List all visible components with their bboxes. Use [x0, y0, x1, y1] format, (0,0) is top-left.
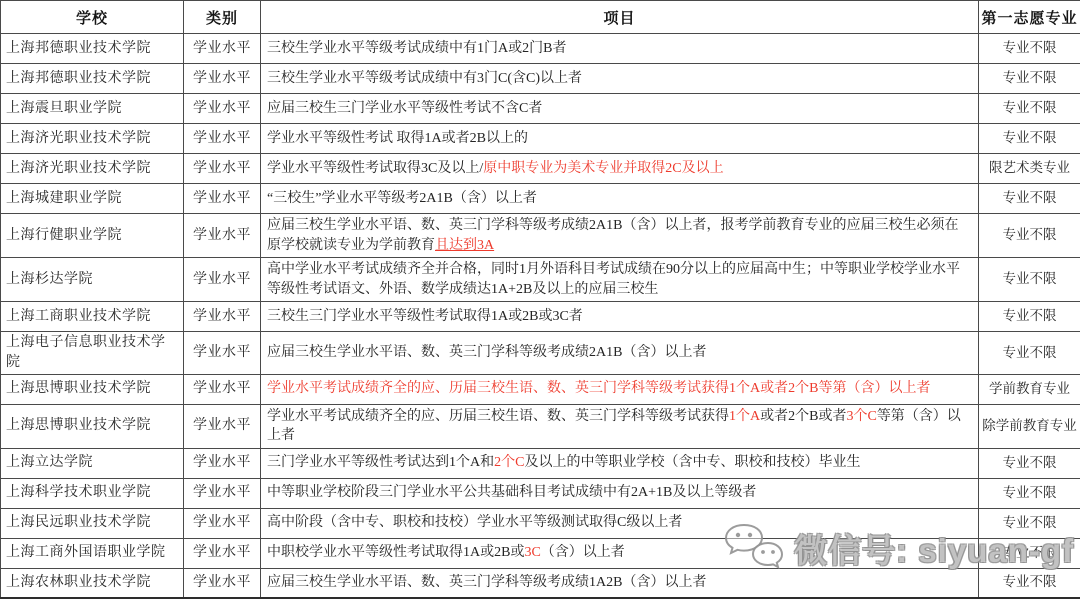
project-text-segment: 高中阶段（含中专、职校和技校）学业水平等级测试取得C级以上者	[267, 515, 682, 530]
col-header-category: 类别	[184, 1, 261, 34]
project-cell: “三校生”学业水平等级考2A1B（含）以上者	[261, 184, 979, 214]
table-row: 上海科学技术职业学院学业水平中等职业学校阶段三门学业水平公共基础科目考试成绩中有…	[1, 478, 1080, 508]
category-cell: 学业水平	[184, 374, 261, 404]
table-row: 上海杉达学院学业水平高中学业水平考试成绩齐全并合格，同时1月外语科目考试成绩在9…	[1, 258, 1080, 302]
category-cell: 学业水平	[184, 184, 261, 214]
category-cell: 学业水平	[184, 448, 261, 478]
project-text-segment: 中等职业学校阶段三门学业水平公共基础科目考试成绩中有2A+1B及以上等级者	[267, 485, 756, 500]
project-text-segment: 学业水平等级性考试 取得1A或者2B以上的	[267, 131, 528, 146]
project-cell: 应届三校生学业水平语、数、英三门学科等级考成绩1A2B（含）以上者	[261, 568, 979, 598]
table-row: 上海民远职业技术学院学业水平高中阶段（含中专、职校和技校）学业水平等级测试取得C…	[1, 508, 1080, 538]
table-row: 上海邦德职业技术学院学业水平三校生学业水平等级考试成绩中有3门C(含C)以上者专…	[1, 64, 1080, 94]
project-cell: 高中学业水平考试成绩齐全并合格，同时1月外语科目考试成绩在90分以上的应届高中生…	[261, 258, 979, 302]
school-cell: 上海工商职业技术学院	[1, 302, 184, 332]
school-cell: 上海立达学院	[1, 448, 184, 478]
category-cell: 学业水平	[184, 302, 261, 332]
table-row: 上海济光职业技术学院学业水平学业水平等级性考试取得3C及以上/原中职专业为美术专…	[1, 154, 1080, 184]
major-cell: 专业不限	[979, 34, 1080, 64]
school-cell: 上海电子信息职业技术学院	[1, 332, 184, 374]
project-text-segment: 三校生三门学业水平等级性考试取得1A或2B或3C者	[267, 309, 583, 324]
project-text-segment: （含）以上者	[541, 545, 625, 560]
school-cell: 上海科学技术职业学院	[1, 478, 184, 508]
major-cell: 专业不限	[979, 94, 1080, 124]
table-row: 上海济光职业技术学院学业水平学业水平等级性考试 取得1A或者2B以上的专业不限	[1, 124, 1080, 154]
major-cell: 专业不限	[979, 64, 1080, 94]
project-text-segment: 三门学业水平等级性考试达到1个A和	[267, 455, 494, 470]
school-cell: 上海城建职业学院	[1, 184, 184, 214]
major-cell: 专业不限	[979, 448, 1080, 478]
school-cell: 上海济光职业技术学院	[1, 124, 184, 154]
category-cell: 学业水平	[184, 332, 261, 374]
table-row: 上海邦德职业技术学院学业水平三校生学业水平等级考试成绩中有1门A或2门B者专业不…	[1, 34, 1080, 64]
category-cell: 学业水平	[184, 508, 261, 538]
table-row: 上海农林职业技术学院学业水平应届三校生学业水平语、数、英三门学科等级考成绩1A2…	[1, 568, 1080, 598]
school-cell: 上海行健职业学院	[1, 214, 184, 258]
table-row: 上海工商外国语职业学院学业水平中职校学业水平等级性考试取得1A或2B或3C（含）…	[1, 538, 1080, 568]
school-cell: 上海农林职业技术学院	[1, 568, 184, 598]
table-row: 上海思博职业技术学院学业水平学业水平考试成绩齐全的应、历届三校生语、数、英三门学…	[1, 374, 1080, 404]
project-cell: 学业水平等级性考试 取得1A或者2B以上的	[261, 124, 979, 154]
category-cell: 学业水平	[184, 34, 261, 64]
col-header-first-choice-major: 第一志愿专业	[979, 1, 1080, 34]
category-cell: 学业水平	[184, 538, 261, 568]
project-text-segment: 中职校学业水平等级性考试取得1A或2B或	[267, 545, 524, 560]
major-cell: 专业不限	[979, 478, 1080, 508]
category-cell: 学业水平	[184, 404, 261, 448]
project-text-segment: 且达到3A	[435, 238, 494, 253]
project-text-segment: 1个A	[729, 409, 760, 424]
major-cell: 学前教育专业	[979, 374, 1080, 404]
school-cell: 上海思博职业技术学院	[1, 374, 184, 404]
project-text-segment: 应届三校生学业水平语、数、英三门学科等级考成绩2A1B（含）以上者，报考学前教育…	[267, 218, 958, 253]
project-text-segment: 三校生学业水平等级考试成绩中有3门C(含C)以上者	[267, 71, 582, 86]
project-text-segment: 学业水平考试成绩齐全的应、历届三校生语、数、英三门学科等级考试获得	[267, 409, 729, 424]
project-text-segment: 学业水平等级性考试取得3C及以上/	[267, 161, 483, 176]
category-cell: 学业水平	[184, 568, 261, 598]
table-row: 上海电子信息职业技术学院学业水平应届三校生学业水平语、数、英三门学科等级考成绩2…	[1, 332, 1080, 374]
table-row: 上海行健职业学院学业水平应届三校生学业水平语、数、英三门学科等级考成绩2A1B（…	[1, 214, 1080, 258]
project-text-segment: 2个C	[494, 455, 524, 470]
category-cell: 学业水平	[184, 478, 261, 508]
project-text-segment: 应届三校生学业水平语、数、英三门学科等级考成绩1A2B（含）以上者	[267, 575, 706, 590]
project-text-segment: 学业水平考试成绩齐全的应、历届三校生语、数、英三门学科等级考试获得1个A或者2个…	[267, 381, 930, 396]
header-row: 学校 类别 项目 第一志愿专业	[1, 1, 1080, 34]
project-text-segment: 应届三校生学业水平语、数、英三门学科等级考成绩2A1B（含）以上者	[267, 345, 706, 360]
category-cell: 学业水平	[184, 124, 261, 154]
col-header-project: 项目	[261, 1, 979, 34]
school-cell: 上海思博职业技术学院	[1, 404, 184, 448]
major-cell: 专业不限	[979, 568, 1080, 598]
project-text-segment: 高中学业水平考试成绩齐全并合格，同时1月外语科目考试成绩在90分以上的应届高中生…	[267, 262, 960, 297]
project-cell: 高中阶段（含中专、职校和技校）学业水平等级测试取得C级以上者	[261, 508, 979, 538]
project-text-segment: 应届三校生三门学业水平等级性考试不含C者	[267, 101, 542, 116]
category-cell: 学业水平	[184, 214, 261, 258]
project-cell: 应届三校生三门学业水平等级性考试不含C者	[261, 94, 979, 124]
category-cell: 学业水平	[184, 154, 261, 184]
project-cell: 中职校学业水平等级性考试取得1A或2B或3C（含）以上者	[261, 538, 979, 568]
table-row: 上海立达学院学业水平三门学业水平等级性考试达到1个A和2个C及以上的中等职业学校…	[1, 448, 1080, 478]
table-row: 上海城建职业学院学业水平“三校生”学业水平等级考2A1B（含）以上者专业不限	[1, 184, 1080, 214]
major-cell: 专业不限	[979, 302, 1080, 332]
school-cell: 上海杉达学院	[1, 258, 184, 302]
project-cell: 中等职业学校阶段三门学业水平公共基础科目考试成绩中有2A+1B及以上等级者	[261, 478, 979, 508]
project-cell: 应届三校生学业水平语、数、英三门学科等级考成绩2A1B（含）以上者，报考学前教育…	[261, 214, 979, 258]
table-header: 学校 类别 项目 第一志愿专业	[1, 1, 1080, 34]
table-row: 上海工商职业技术学院学业水平三校生三门学业水平等级性考试取得1A或2B或3C者专…	[1, 302, 1080, 332]
project-cell: 学业水平等级性考试取得3C及以上/原中职专业为美术专业并取得2C及以上	[261, 154, 979, 184]
col-header-school: 学校	[1, 1, 184, 34]
project-cell: 三校生学业水平等级考试成绩中有1门A或2门B者	[261, 34, 979, 64]
project-cell: 学业水平考试成绩齐全的应、历届三校生语、数、英三门学科等级考试获得1个A或者2个…	[261, 374, 979, 404]
major-cell: 除学前教育专业	[979, 404, 1080, 448]
table-row: 上海震旦职业学院学业水平应届三校生三门学业水平等级性考试不含C者专业不限	[1, 94, 1080, 124]
project-text-segment: 三校生学业水平等级考试成绩中有1门A或2门B者	[267, 41, 566, 56]
project-text-segment: 原中职专业为美术专业并取得2C及以上	[483, 161, 723, 176]
project-cell: 学业水平考试成绩齐全的应、历届三校生语、数、英三门学科等级考试获得1个A或者2个…	[261, 404, 979, 448]
school-cell: 上海济光职业技术学院	[1, 154, 184, 184]
school-cell: 上海工商外国语职业学院	[1, 538, 184, 568]
table-row: 上海思博职业技术学院学业水平学业水平考试成绩齐全的应、历届三校生语、数、英三门学…	[1, 404, 1080, 448]
category-cell: 学业水平	[184, 94, 261, 124]
project-text-segment: “三校生”学业水平等级考2A1B（含）以上者	[267, 191, 537, 206]
project-cell: 三门学业水平等级性考试达到1个A和2个C及以上的中等职业学校（含中专、职校和技校…	[261, 448, 979, 478]
project-cell: 三校生学业水平等级考试成绩中有3门C(含C)以上者	[261, 64, 979, 94]
project-text-segment: 3个C	[846, 409, 876, 424]
project-cell: 应届三校生学业水平语、数、英三门学科等级考成绩2A1B（含）以上者	[261, 332, 979, 374]
major-cell: 专业不限	[979, 214, 1080, 258]
major-cell: 专业不限	[979, 184, 1080, 214]
school-cell: 上海民远职业技术学院	[1, 508, 184, 538]
school-cell: 上海震旦职业学院	[1, 94, 184, 124]
admission-table-page: 学校 类别 项目 第一志愿专业 上海邦德职业技术学院学业水平三校生学业水平等级考…	[0, 0, 1080, 599]
project-text-segment: 3C	[524, 545, 540, 560]
category-cell: 学业水平	[184, 64, 261, 94]
major-cell: 限艺术类专业	[979, 154, 1080, 184]
major-cell: 专业不限	[979, 508, 1080, 538]
project-text-segment: 或者2个B或者	[760, 409, 846, 424]
project-cell: 三校生三门学业水平等级性考试取得1A或2B或3C者	[261, 302, 979, 332]
major-cell: 专业不限	[979, 538, 1080, 568]
school-cell: 上海邦德职业技术学院	[1, 34, 184, 64]
project-text-segment: 及以上的中等职业学校（含中专、职校和技校）毕业生	[524, 455, 860, 470]
major-cell: 专业不限	[979, 258, 1080, 302]
major-cell: 专业不限	[979, 124, 1080, 154]
school-cell: 上海邦德职业技术学院	[1, 64, 184, 94]
table-body: 上海邦德职业技术学院学业水平三校生学业水平等级考试成绩中有1门A或2门B者专业不…	[1, 34, 1080, 599]
major-cell: 专业不限	[979, 332, 1080, 374]
admission-table: 学校 类别 项目 第一志愿专业 上海邦德职业技术学院学业水平三校生学业水平等级考…	[0, 0, 1080, 599]
category-cell: 学业水平	[184, 258, 261, 302]
